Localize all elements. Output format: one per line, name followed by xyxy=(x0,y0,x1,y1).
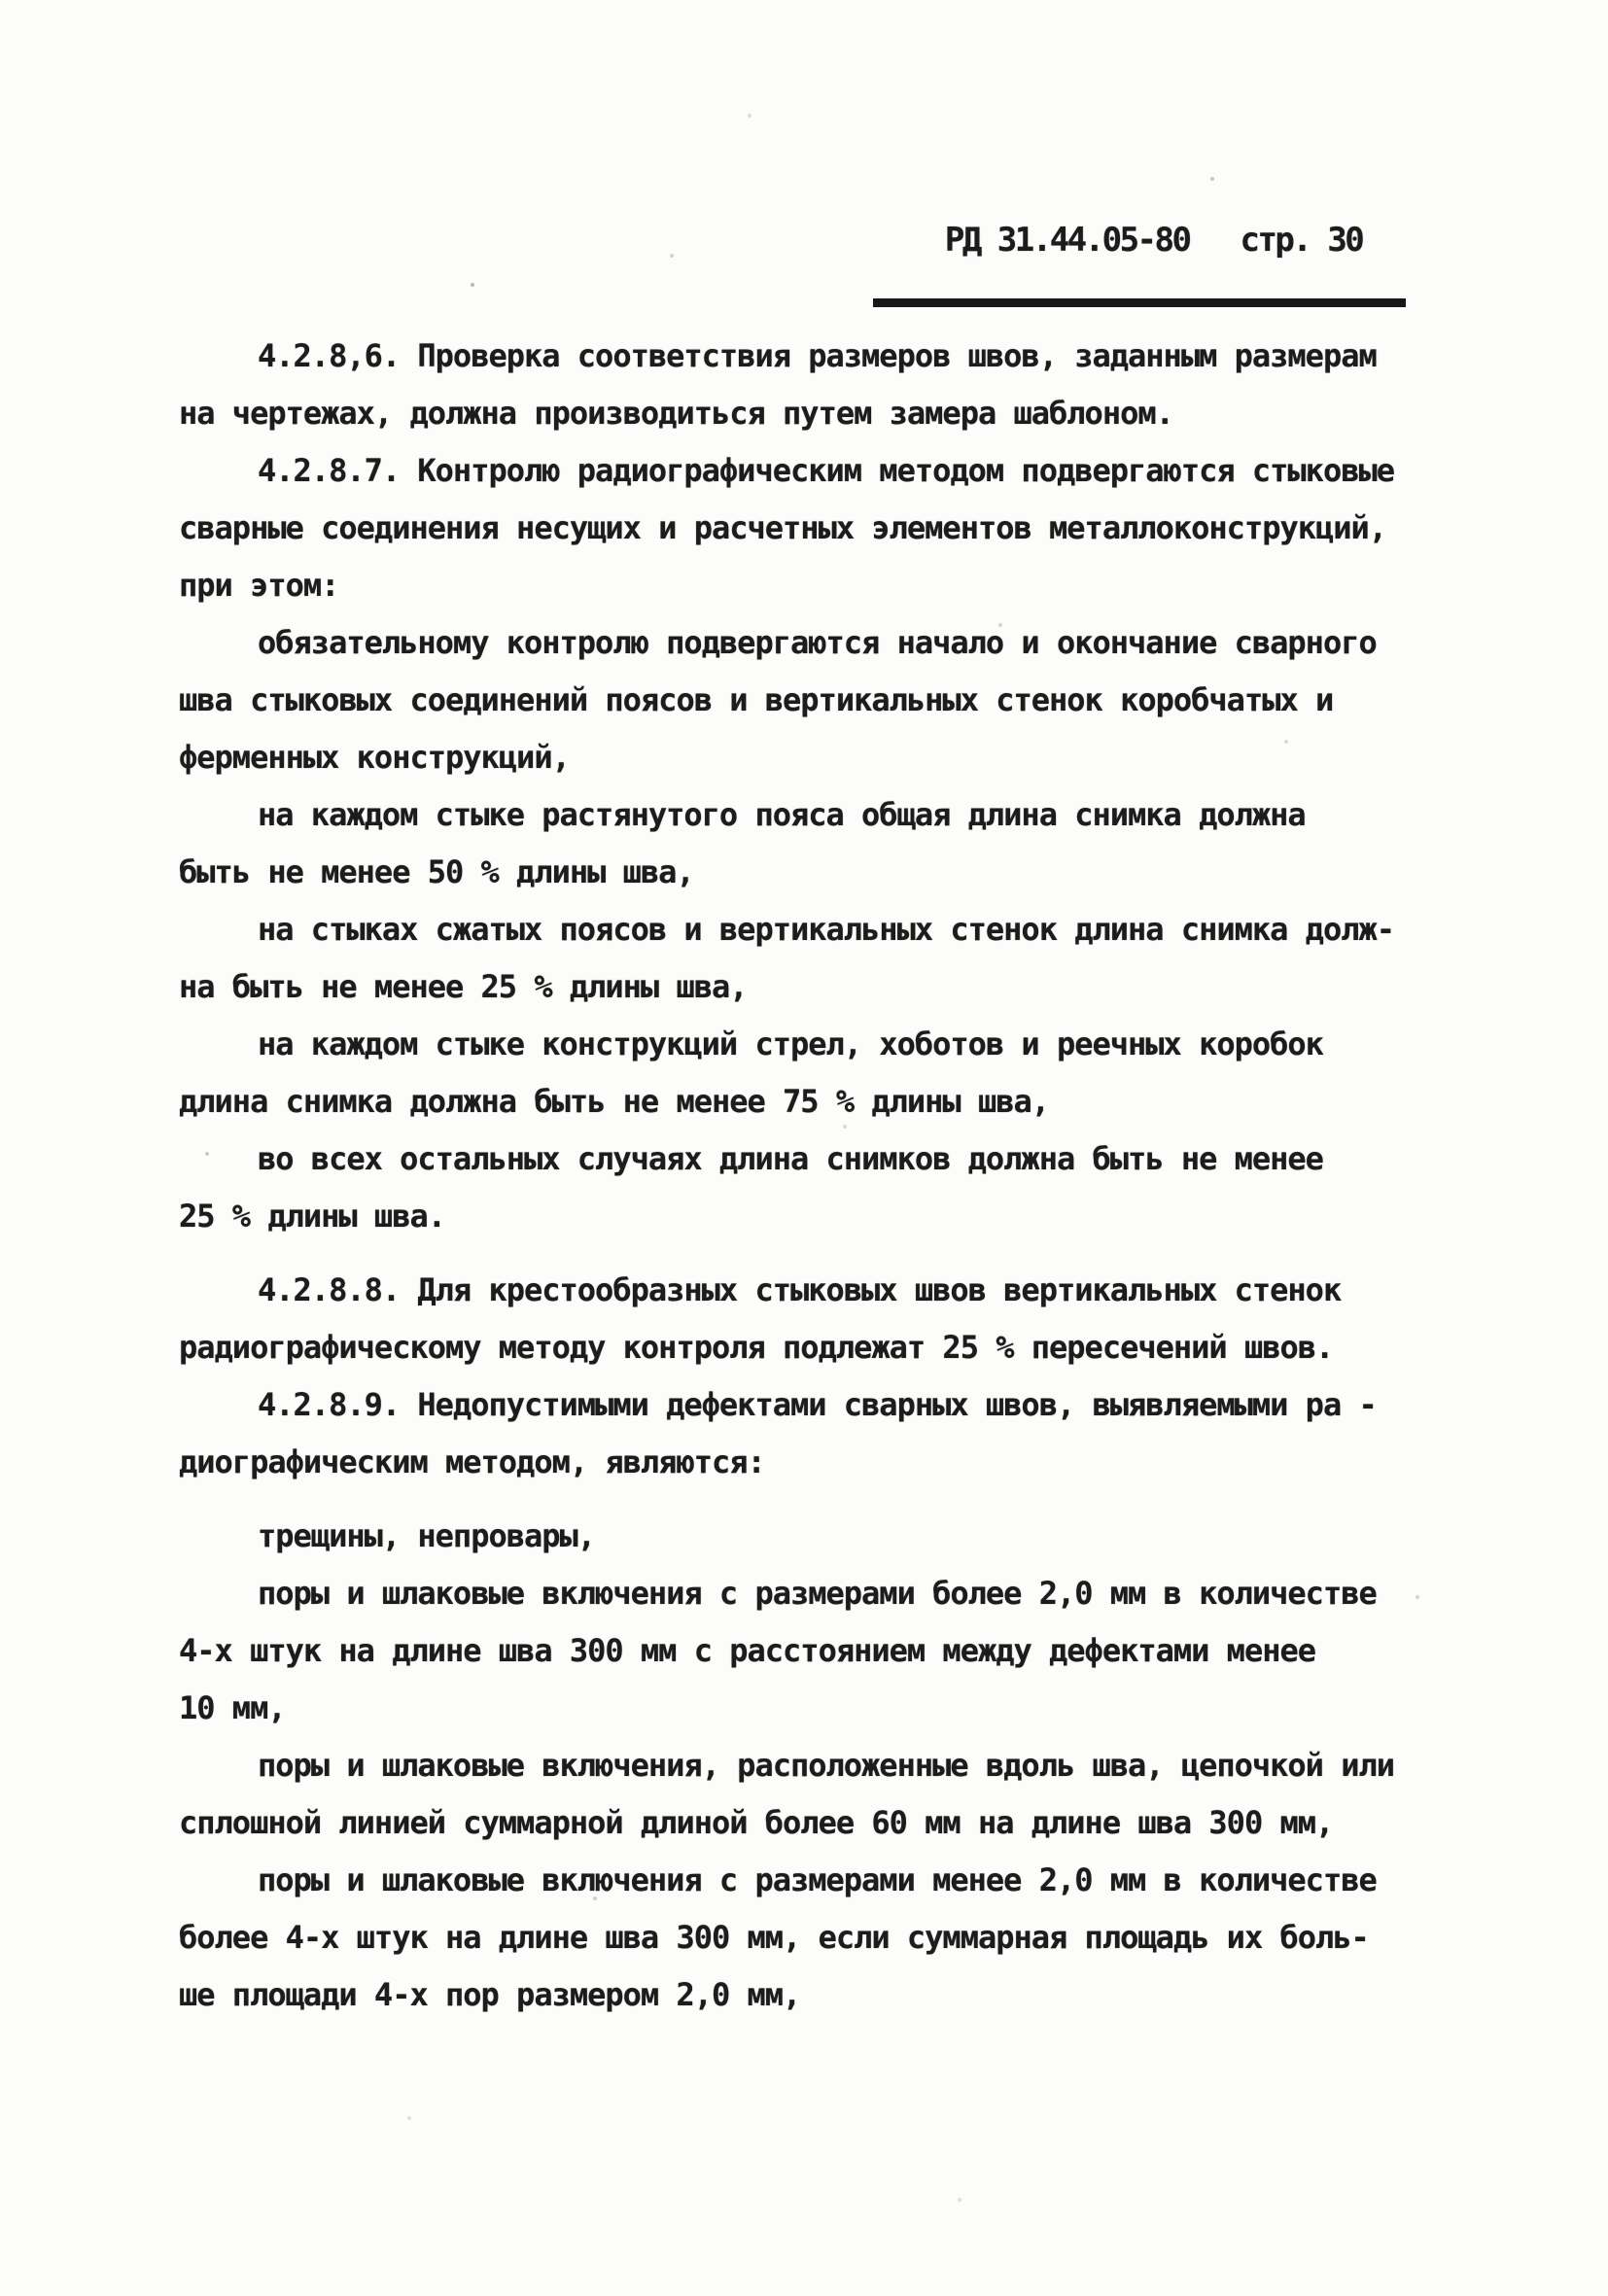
page-header: РД 31.44.05-80стр. 30 xyxy=(873,185,1406,307)
text-line: на стыках сжатых поясов и вертикальных с… xyxy=(179,901,1482,958)
text-line: обязательному контролю подвергаются нача… xyxy=(179,614,1482,672)
text-line: во всех остальных случаях длина снимков … xyxy=(179,1131,1482,1188)
text-line: 4.2.8.9. Недопустимыми дефектами сварных… xyxy=(179,1376,1482,1434)
text-line: ферменных конструкций, xyxy=(179,729,1482,786)
text-line: шва стыковых соединений поясов и вертика… xyxy=(179,672,1482,729)
text-line: сварные соединения несущих и расчетных э… xyxy=(179,500,1482,557)
text-line: 25 % длины шва. xyxy=(179,1188,1482,1245)
doc-number: РД 31.44.05-80 xyxy=(945,221,1190,260)
page-number-label: стр. 30 xyxy=(1240,221,1362,260)
text-line: быть не менее 50 % длины шва, xyxy=(179,844,1482,901)
text-line: поры и шлаковые включения, расположенные… xyxy=(179,1737,1482,1794)
text-line: трещины, непровары, xyxy=(179,1508,1482,1565)
text-line: поры и шлаковые включения с размерами бо… xyxy=(179,1565,1482,1622)
text-line: на чертежах, должна производиться путем … xyxy=(179,385,1482,442)
text-line: 4-х штук на длине шва 300 мм с расстояни… xyxy=(179,1622,1482,1680)
text-line: длина снимка должна быть не менее 75 % д… xyxy=(179,1073,1482,1131)
text-line: 4.2.8.7. Контролю радиографическим метод… xyxy=(179,442,1482,500)
document-body: 4.2.8,6. Проверка соответствия размеров … xyxy=(179,328,1482,2024)
text-line: на быть не менее 25 % длины шва, xyxy=(179,958,1482,1016)
text-line: 4.2.8,6. Проверка соответствия размеров … xyxy=(179,328,1482,385)
text-line: поры и шлаковые включения с размерами ме… xyxy=(179,1852,1482,1909)
document-page: РД 31.44.05-80стр. 30 4.2.8,6. Проверка … xyxy=(0,0,1608,2296)
text-line: 10 мм, xyxy=(179,1680,1482,1737)
text-line: ше площади 4-х пор размером 2,0 мм, xyxy=(179,1966,1482,2024)
text-line: сплошной линией суммарной длиной более 6… xyxy=(179,1794,1482,1852)
text-line: радиографическому методу контроля подлеж… xyxy=(179,1319,1482,1376)
text-line: на каждом стыке растянутого пояса общая … xyxy=(179,786,1482,844)
text-line: более 4-х штук на длине шва 300 мм, если… xyxy=(179,1909,1482,1966)
text-line: при этом: xyxy=(179,557,1482,614)
text-line: диографическим методом, являются: xyxy=(179,1434,1482,1491)
text-line: на каждом стыке конструкций стрел, хобот… xyxy=(179,1016,1482,1073)
scan-noise xyxy=(0,0,2,2)
text-line: 4.2.8.8. Для крестообразных стыковых шво… xyxy=(179,1262,1482,1319)
